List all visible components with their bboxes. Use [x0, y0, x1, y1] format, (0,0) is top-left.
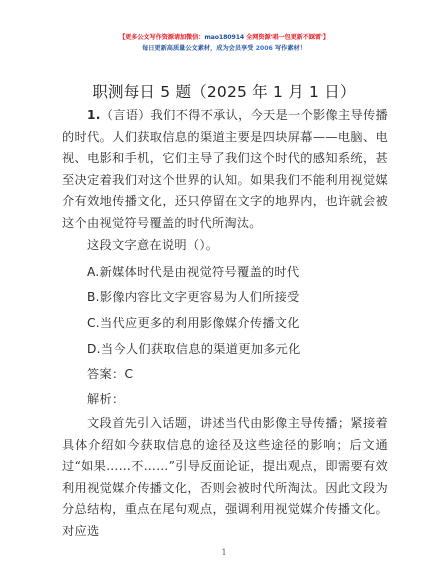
question-prompt: 这段文字意在说明（）。 — [87, 236, 218, 253]
option-b: B.影像内容比文字更容易为人们所接受 — [87, 288, 300, 305]
question-passage: 1.（言语）我们不得不承认，今天是一个影像主导传播的时代。人们获取信息的渠道主要… — [62, 105, 388, 234]
answer-label: 答案： — [87, 367, 124, 381]
option-a: A.新媒体时代是由视觉符号覆盖的时代 — [87, 263, 299, 280]
option-c: C.当代应更多的利用影像媒介传播文化 — [87, 314, 300, 331]
option-text: 当今人们获取信息的渠道更加多元化 — [101, 342, 301, 356]
promo-text-materials: 写作素材！ — [273, 45, 306, 52]
option-letter: D. — [87, 342, 101, 356]
page-title: 职测每日 5 题（2025 年 1 月 1 日） — [0, 80, 448, 102]
option-d: D.当今人们获取信息的渠道更加多元化 — [87, 340, 301, 357]
answer-value: C — [124, 367, 133, 381]
promo-banner-line2: 每日更新高质量公文素材，成为会员享受 2006 写作素材！ — [0, 43, 448, 54]
option-letter: C. — [87, 316, 100, 330]
option-letter: B. — [87, 290, 100, 304]
option-letter: A. — [87, 265, 100, 279]
document-page: 【更多公文写作资源请加微信：mao180914 全网资源'唱一包更新不踩雷'】 … — [0, 0, 448, 580]
option-text: 新媒体时代是由视觉符号覆盖的时代 — [100, 265, 300, 279]
question-number: 1. — [87, 108, 101, 122]
question-passage-text: （言语）我们不得不承认，今天是一个影像主导传播的时代。人们获取信息的渠道主要是四… — [62, 108, 388, 230]
option-text: 影像内容比文字更容易为人们所接受 — [100, 290, 300, 304]
option-text: 当代应更多的利用影像媒介传播文化 — [100, 316, 300, 330]
analysis-text: 文段首先引入话题，讲述当代由影像主导传播；紧接着具体介绍如今获取信息的途径及这些… — [62, 413, 388, 542]
analysis-label: 解析： — [87, 390, 124, 407]
page-number: 1 — [0, 548, 448, 557]
promo-text-daily: 每日更新高质量公文素材，成为会员享受 — [142, 45, 256, 52]
promo-text-wechat-prompt: 【更多公文写作资源请加微信： — [119, 34, 204, 41]
promo-text-resources: 全网资源'唱一包更新不踩雷'】 — [244, 34, 329, 41]
promo-banner: 【更多公文写作资源请加微信：mao180914 全网资源'唱一包更新不踩雷'】 … — [0, 32, 448, 54]
promo-banner-line1: 【更多公文写作资源请加微信：mao180914 全网资源'唱一包更新不踩雷'】 — [0, 32, 448, 43]
promo-count: 2006 — [256, 45, 273, 52]
promo-wechat-id: mao180914 — [204, 34, 244, 41]
answer: 答案：C — [87, 365, 133, 382]
